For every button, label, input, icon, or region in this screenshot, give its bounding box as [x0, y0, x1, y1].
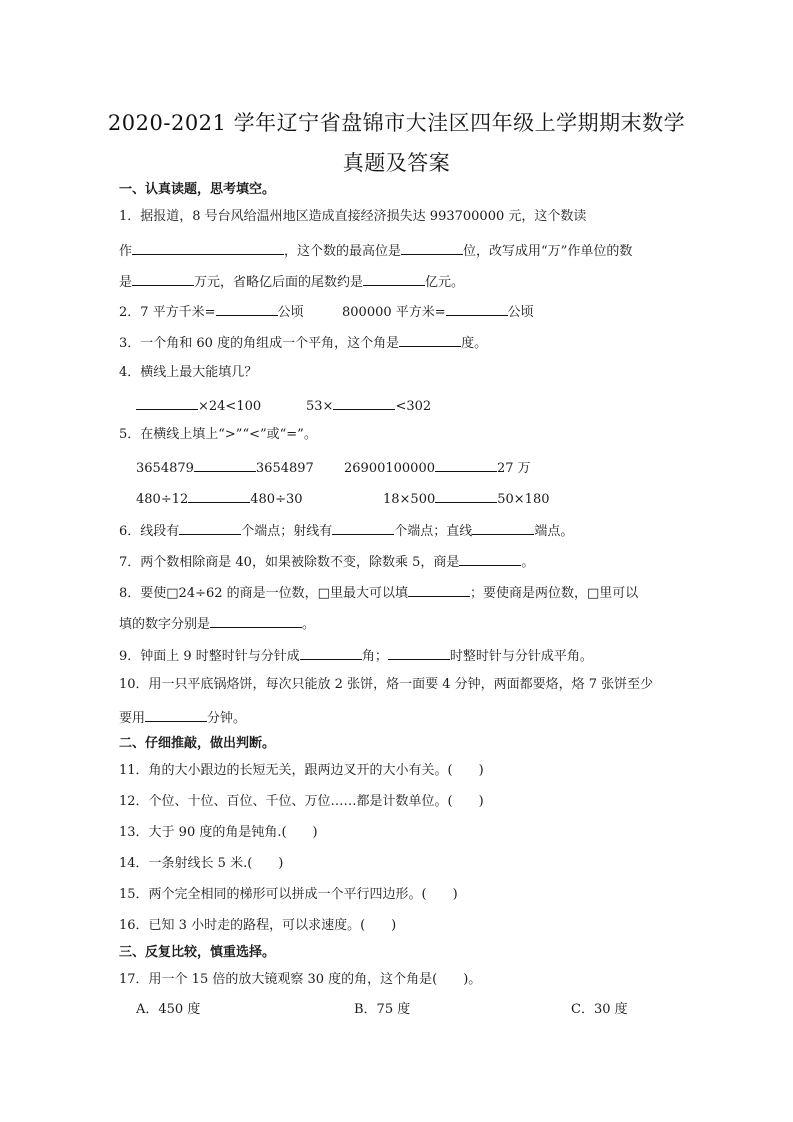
answer-blank[interactable] [132, 271, 194, 286]
question-text: 公顷 [278, 305, 304, 320]
question-text: 800000 平方米= [342, 305, 446, 320]
expression: 18×500 [383, 492, 435, 507]
question-text: 作 [119, 244, 132, 259]
expression: 27 万 [497, 461, 531, 476]
section-heading-judgment: 二、仔细推敲，做出判断。 [119, 735, 275, 753]
answer-blank[interactable] [399, 332, 461, 347]
question-text: 。 [521, 555, 534, 570]
answer-blank[interactable] [459, 551, 521, 566]
judgment-13: 13．大于 90 度的角是钝角.( ) [119, 824, 318, 842]
question-4: 4．横线上最大能填几？ [119, 364, 257, 382]
question-7: 7．两个数相除商是 40，如果被除数不变，除数乘 5，商是。 [119, 551, 534, 572]
question-text: 分钟。 [207, 711, 246, 726]
question-3: 3．一个角和 60 度的角组成一个平角，这个角是度。 [119, 332, 487, 353]
answer-blank[interactable] [194, 457, 256, 472]
question-8-line2: 填的数字分别是。 [119, 613, 315, 634]
exam-page: 2020-2021 学年辽宁省盘锦市大洼区四年级上学期期末数学 真题及答案 一、… [0, 0, 793, 1122]
question-10-line1: 10．用一只平底锅烙饼，每次只能放 2 张饼，烙一面要 4 分钟，两面都要烙，烙… [119, 676, 653, 694]
answer-blank[interactable] [363, 271, 425, 286]
option-b[interactable]: B．75 度 [354, 1001, 410, 1019]
expression: 50×180 [497, 492, 549, 507]
answer-blank[interactable] [332, 520, 394, 535]
judgment-16: 16．已知 3 小时走的路程，可以求速度。( ) [119, 917, 396, 935]
question-text: <302 [395, 399, 431, 414]
question-1-line1: 1．据报道，8 号台风给温州地区造成直接经济损失达 993700000 元，这个… [119, 208, 586, 226]
question-5-row2a: 480÷12480÷30 [136, 488, 303, 509]
answer-blank[interactable] [300, 645, 362, 660]
judgment-12: 12．个位、十位、百位、千位、万位……都是计数单位。( ) [119, 793, 484, 811]
question-text: 端点。 [534, 524, 573, 539]
answer-blank[interactable] [179, 520, 241, 535]
question-6: 6．线段有个端点；射线有个端点；直线端点。 [119, 520, 573, 541]
expression: 3654897 [256, 461, 314, 476]
answer-blank[interactable] [216, 301, 278, 316]
question-5-row1a: 36548793654897 [136, 457, 314, 478]
question-text: 个端点；射线有 [241, 524, 332, 539]
question-text: 要用 [119, 711, 145, 726]
question-2a: 2．7 平方千米=公顷 [119, 301, 304, 322]
question-9: 9．钟面上 9 时整时针与分针成角；时整时针与分针成平角。 [119, 645, 593, 666]
question-10-line2: 要用分钟。 [119, 707, 246, 728]
question-text: ×24<100 [198, 399, 261, 414]
question-4b: 53×<302 [306, 395, 431, 416]
section-heading-choice: 三、反复比较，慎重选择。 [119, 944, 275, 962]
question-8-line1: 8．要使□24÷62 的商是一位数，□里最大可以填；要使商是两位数，□里可以 [119, 582, 638, 603]
answer-blank[interactable] [435, 457, 497, 472]
question-17: 17．用一个 15 倍的放大镜观察 30 度的角，这个角是( )。 [119, 971, 481, 989]
answer-blank[interactable] [145, 707, 207, 722]
answer-blank[interactable] [435, 488, 497, 503]
answer-blank[interactable] [132, 240, 284, 255]
expression: 480÷12 [136, 492, 188, 507]
question-text: 角； [362, 649, 388, 664]
page-title-line2: 真题及答案 [0, 147, 793, 177]
answer-blank[interactable] [333, 395, 395, 410]
expression: 3654879 [136, 461, 194, 476]
question-text: 3．一个角和 60 度的角组成一个平角，这个角是 [119, 336, 399, 351]
question-text: 2．7 平方千米= [119, 305, 216, 320]
answer-blank[interactable] [446, 301, 508, 316]
question-text: 万元，省略亿后面的尾数约是 [194, 275, 363, 290]
question-5: 5．在横线上填上“>”“<”或“=”。 [119, 426, 317, 444]
question-2b: 800000 平方米=公顷 [342, 301, 534, 322]
judgment-11: 11．角的大小跟边的长短无关，跟两边叉开的大小有关。( ) [119, 762, 484, 780]
question-text: 53× [306, 399, 333, 414]
question-text: 8．要使□24÷62 的商是一位数，□里最大可以填 [119, 586, 408, 601]
answer-blank[interactable] [472, 520, 534, 535]
section-heading-fill-in: 一、认真读题，思考填空。 [119, 181, 275, 199]
question-text: 度。 [461, 336, 487, 351]
answer-blank[interactable] [188, 488, 250, 503]
question-5-row1b: 2690010000027 万 [344, 457, 531, 478]
option-c[interactable]: C．30 度 [571, 1001, 628, 1019]
question-text: 。 [302, 617, 315, 632]
question-text: ；要使商是两位数，□里可以 [470, 586, 638, 601]
answer-blank[interactable] [136, 395, 198, 410]
question-5-row2b: 18×50050×180 [383, 488, 550, 509]
judgment-15: 15．两个完全相同的梯形可以拼成一个平行四边形。( ) [119, 886, 458, 904]
question-text: 个端点；直线 [394, 524, 472, 539]
question-text: 位，改写成用“万”作单位的数 [463, 244, 632, 259]
expression: 26900100000 [344, 461, 435, 476]
question-4a: ×24<100 [136, 395, 261, 416]
answer-blank[interactable] [388, 645, 450, 660]
question-text: 6．线段有 [119, 524, 179, 539]
option-a[interactable]: A．450 度 [136, 1001, 200, 1019]
judgment-14: 14．一条射线长 5 米.( ) [119, 855, 283, 873]
answer-blank[interactable] [408, 582, 470, 597]
answer-blank[interactable] [401, 240, 463, 255]
answer-blank[interactable] [210, 613, 302, 628]
question-1-line2: 作，这个数的最高位是位，改写成用“万”作单位的数 [119, 240, 632, 261]
question-text: 亿元。 [425, 275, 464, 290]
question-text: 填的数字分别是 [119, 617, 210, 632]
question-text: 时整时针与分针成平角。 [450, 649, 593, 664]
question-text: 公顷 [508, 305, 534, 320]
expression: 480÷30 [250, 492, 302, 507]
question-text: 7．两个数相除商是 40，如果被除数不变，除数乘 5，商是 [119, 555, 459, 570]
question-text: 9．钟面上 9 时整时针与分针成 [119, 649, 300, 664]
question-text: ，这个数的最高位是 [284, 244, 401, 259]
question-text: 是 [119, 275, 132, 290]
page-title-line1: 2020-2021 学年辽宁省盘锦市大洼区四年级上学期期末数学 [0, 107, 793, 137]
question-1-line3: 是万元，省略亿后面的尾数约是亿元。 [119, 271, 464, 292]
